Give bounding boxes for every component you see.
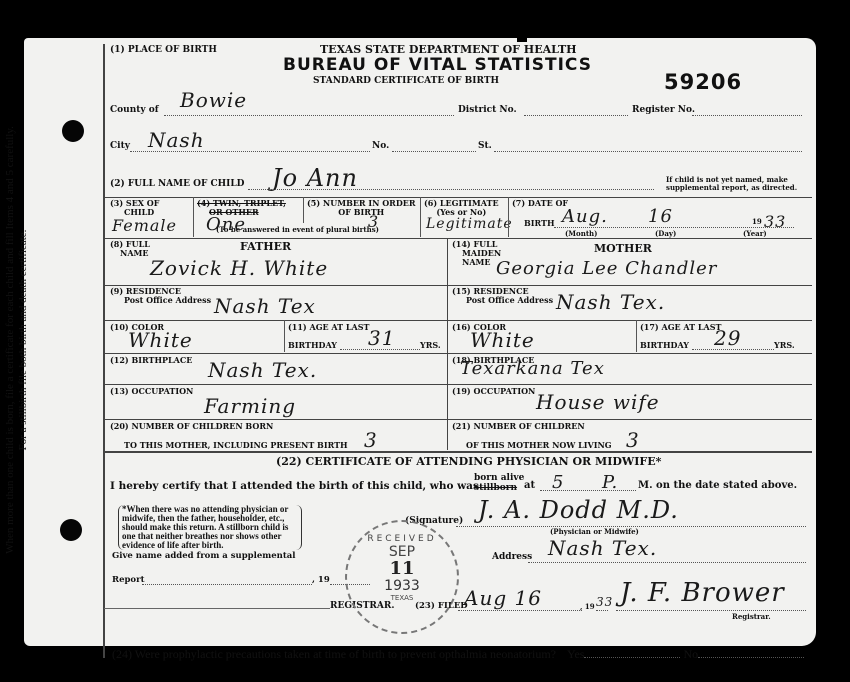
county-line: [164, 115, 454, 116]
report-label: Report: [112, 576, 145, 585]
register-line: [692, 115, 802, 116]
prophylaxis-question: (24) Were prophylactic precautions taken…: [112, 647, 804, 662]
child-name-value: Jo Ann: [272, 164, 358, 192]
father-birthplace-value: Nash Tex.: [208, 358, 317, 382]
mother-occupation-label: (19) OCCUPATION: [452, 387, 535, 396]
county-value: Bowie: [180, 88, 247, 112]
district-label: District No.: [458, 106, 517, 115]
punch-hole: [62, 120, 84, 142]
father-color-value: White: [128, 328, 193, 352]
divider: [104, 320, 812, 321]
supplemental-label: Give name added from a supplemental: [112, 552, 296, 561]
form-title: STANDARD CERTIFICATE OF BIRTH: [313, 76, 499, 86]
children-living-value: 3: [626, 428, 640, 452]
born-alive-option: born alive: [474, 474, 524, 483]
report-line: [142, 584, 312, 585]
children-living-label: (21) NUMBER OF CHILDREN: [452, 422, 585, 431]
child-name-line: [248, 189, 654, 190]
mother-birthday-label: BIRTHDAY: [640, 341, 689, 350]
father-occupation-label: (13) OCCUPATION: [110, 387, 193, 396]
order-label: (5) NUMBER IN ORDEROF BIRTH: [307, 199, 416, 217]
address-label: Address: [492, 553, 532, 562]
divider: [104, 451, 812, 453]
bureau-title: BUREAU OF VITAL STATISTICS: [283, 55, 592, 75]
hour-value: 5: [552, 472, 564, 493]
col-divider: [193, 197, 194, 237]
time-suffix: M. on the date stated above.: [638, 480, 797, 491]
mother-occupation-value: House wife: [536, 390, 660, 414]
form-frame: [103, 44, 829, 658]
plural-note: (To be answered in event of plural birth…: [216, 226, 379, 234]
report-year-prefix: , 19: [312, 576, 330, 585]
legitimate-label: (6) LEGITIMATE(Yes or No): [424, 199, 499, 217]
mother-age-label: (17) AGE AT LAST: [640, 323, 721, 332]
prophylaxis-no-line: [698, 657, 804, 658]
children-born-sublabel: TO THIS MOTHER, INCLUDING PRESENT BIRTH: [124, 441, 348, 450]
col-divider: [636, 320, 637, 352]
father-section-title: FATHER: [240, 242, 291, 251]
sidebar-instructions: When more than one child is born, file a…: [4, 60, 30, 620]
attendant-section-title: (22) CERTIFICATE OF ATTENDING PHYSICIAN …: [276, 455, 661, 468]
mother-name-value: Georgia Lee Chandler: [496, 258, 717, 279]
year-caption: (Year): [743, 230, 767, 238]
filed-year-prefix: , 19: [580, 603, 595, 611]
st-line: [494, 151, 802, 152]
child-name-label: (2) FULL NAME OF CHILD: [110, 180, 244, 189]
city-value: Nash: [148, 128, 205, 152]
registrar-caption: Registrar.: [732, 613, 771, 621]
ampm-value: P.: [602, 472, 618, 493]
at-label: at: [524, 480, 535, 491]
children-born-value: 3: [364, 428, 378, 452]
filed-year-line: [596, 610, 608, 611]
city-label: City: [110, 142, 130, 151]
col-divider: [284, 320, 285, 352]
father-birthday-label: BIRTHDAY: [288, 341, 337, 350]
dob-line: [554, 227, 794, 228]
father-residence-value: Nash Tex: [214, 294, 316, 318]
prophylaxis-no-label: No: [683, 647, 698, 661]
dob-year: 33: [764, 212, 786, 231]
mother-residence-label: (15) RESIDENCEPost Office Address: [452, 287, 553, 305]
father-name-label: (8) FULLNAME: [110, 240, 150, 258]
punch-hole: [60, 519, 82, 541]
father-name-value: Zovick H. White: [150, 256, 328, 280]
sex-value: Female: [112, 216, 177, 235]
register-label: Register No.: [632, 106, 695, 115]
mother-age-value: 29: [714, 326, 741, 350]
city-line: [130, 151, 370, 152]
father-occupation-value: Farming: [204, 394, 296, 418]
no-label: No.: [372, 142, 389, 151]
mother-birthplace-value: Texarkana Tex: [460, 358, 605, 379]
father-age-label: (11) AGE AT LAST: [288, 323, 369, 332]
filed-date: Aug 16: [464, 586, 542, 610]
unnamed-note: If child is not yet named, make suppleme…: [666, 176, 797, 192]
divider: [104, 353, 812, 354]
legitimate-value: Legitimate: [426, 216, 513, 232]
place-of-birth-label: (1) PLACE OF BIRTH: [110, 46, 217, 55]
day-caption: (Day): [655, 230, 676, 238]
paper-notch: [517, 34, 527, 42]
father-residence-label: (9) RESIDENCEPost Office Address: [110, 287, 211, 305]
county-label: County of: [110, 106, 159, 115]
col-divider: [303, 197, 304, 223]
address-line: [528, 562, 806, 563]
district-line: [524, 115, 628, 116]
stillborn-option: stillborn: [474, 484, 517, 493]
registrar-signature-line: [616, 610, 806, 611]
mother-color-value: White: [470, 328, 535, 352]
mother-name-label: (14) FULLMAIDENNAME: [452, 240, 501, 267]
month-caption: (Month): [565, 230, 597, 238]
attendant-footnote: *When there was no attending physician o…: [118, 505, 302, 550]
registrar-signature: J. F. Brower: [620, 578, 785, 608]
father-age-value: 31: [368, 326, 395, 350]
st-label: St.: [478, 142, 492, 151]
registrar-line: [104, 608, 330, 609]
father-age-unit: YRS.: [420, 341, 441, 350]
dob-birth-label: BIRTH: [524, 219, 555, 228]
mother-residence-value: Nash Tex.: [556, 290, 665, 314]
certify-text: I hereby certify that I attended the bir…: [110, 480, 479, 492]
prophylaxis-yes-line: [584, 657, 680, 658]
divider: [104, 419, 812, 420]
dob-label: (7) DATE OF: [512, 199, 568, 208]
filed-date-line: [458, 610, 582, 611]
col-divider: [508, 197, 509, 237]
no-line: [392, 151, 476, 152]
divider: [104, 384, 812, 385]
certificate-number: 59206: [664, 70, 742, 94]
dob-day: 16: [648, 206, 673, 227]
physician-signature: J. A. Dodd M.D.: [478, 496, 679, 524]
physician-address: Nash Tex.: [548, 536, 657, 560]
father-birthplace-label: (12) BIRTHPLACE: [110, 356, 192, 365]
dob-year-prefix: 19: [752, 218, 762, 226]
children-born-label: (20) NUMBER OF CHILDREN BORN: [110, 422, 273, 431]
received-stamp: RECEIVED SEP 11 1933 TEXAS: [345, 520, 459, 634]
sex-label: (3) SEX OFCHILD: [110, 199, 159, 217]
order-value: 3: [368, 212, 379, 231]
filed-year: 33: [596, 595, 613, 609]
prophylaxis-yes-label: Yes: [567, 647, 584, 661]
mother-age-unit: YRS.: [774, 341, 795, 350]
col-divider: [420, 197, 421, 237]
signature-caption: (Physician or Midwife): [550, 528, 639, 536]
dob-month: Aug.: [562, 206, 608, 227]
mother-section-title: MOTHER: [594, 244, 652, 253]
children-living-sublabel: OF THIS MOTHER NOW LIVING: [466, 441, 612, 450]
